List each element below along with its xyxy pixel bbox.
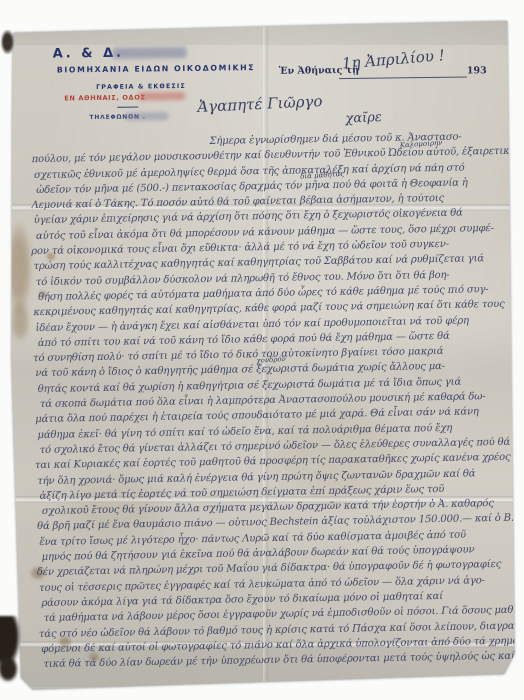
redacted-phone-number <box>125 112 168 121</box>
letter-paper: Α. & Δ. ΒΙΟΜΗΧΑΝΙΑ ΕΙΔΩΝ ΟΙΚΟΔΟΜΙΚΗΣ ΓΡΑ… <box>0 0 524 700</box>
salutation-line: Ἀγαπητέ Γιῶργο <box>197 92 323 116</box>
letterhead-industry-line: ΒΙΟΜΗΧΑΝΙΑ ΕΙΔΩΝ ΟΙΚΟΔΟΜΙΚΗΣ <box>57 63 255 74</box>
dateline-rule <box>339 77 467 80</box>
letterhead-offices-line: ΓΡΑΦΕΙΑ & ΕΚΘΕΣΙΣ <box>96 82 186 91</box>
scanned-letter-page: { "document": { "kind": "scanned handwri… <box>0 0 524 700</box>
redacted-company-name <box>113 47 187 59</box>
salutation-greeting: χαῖρε <box>345 110 382 127</box>
redacted-street-address <box>138 92 185 101</box>
paper-shadow: Α. & Δ. ΒΙΟΜΗΧΑΝΙΑ ΕΙΔΩΝ ΟΙΚΟΔΟΜΙΚΗΣ ΓΡΑ… <box>0 0 524 700</box>
dateline-handwritten-date: 1η Ἀπριλίου ! <box>341 46 445 72</box>
letterhead-divider-dash <box>117 107 138 109</box>
dateline-printed-year: 193 <box>467 65 487 76</box>
letterhead-address-prefix: ΕΝ ΑΘΗΝΑΙΣ, ΟΔΟΣ <box>64 93 145 102</box>
letter-body: Σήμερα ἐγνωρίσθημεν διά μέσου τοῦ κ. Ἀνα… <box>32 129 519 673</box>
